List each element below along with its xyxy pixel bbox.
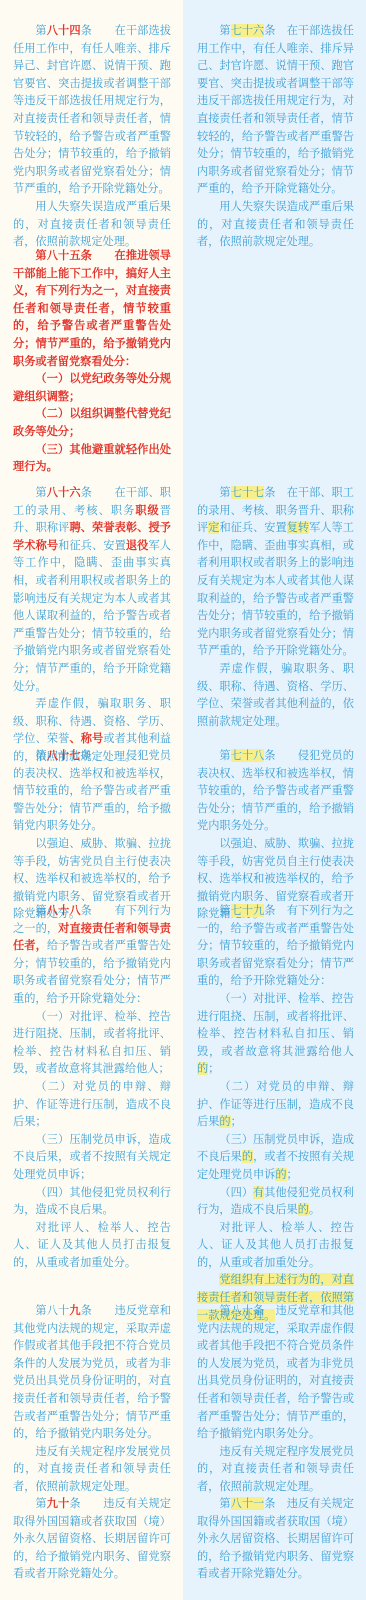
text-segment: 第 — [219, 904, 230, 917]
text-segment: （二）对党员的申辩、辩护、作证等进行压制，造成不良后果； — [13, 1080, 171, 1128]
text-segment: （四）其他侵犯党员权利行为，造成不良后果。 — [13, 1186, 171, 1217]
text-segment: 弄虚作假，骗取职务、职级、职称、待遇、资格、学历、学位、荣誉或者其他利益的，依照… — [197, 662, 354, 728]
text-segment: 违反有关规定程序发展党员的，对直接责任者和领导责任者，依照前款规定处理。 — [13, 1445, 171, 1493]
text-segment: 第 — [35, 904, 46, 917]
article-paragraph: 违反有关规定程序发展党员的，对直接责任者和领导责任者，依照前款规定处理。 — [197, 1443, 354, 1496]
revised-text: （二）以组织调整代替党纪政务等处分； — [13, 407, 171, 438]
article-paragraph: 第八十一条 违反有关规定取得外国国籍或者获取国（境）外永久居留资格、长期居留许可… — [197, 1495, 354, 1583]
article-paragraph: （一）以党纪政务等处分规避组织调整； — [13, 370, 171, 405]
revised-text: （一）以党纪政务等处分规避组织调整； — [13, 372, 171, 403]
article-paragraph: 第七十七条 在干部、职工的录用、考核、职务晋升、职称评定和征兵、安置复转军人等工… — [197, 484, 354, 660]
text-segment: 对批评人、检举人、控告人、证人及其他人员打击报复的，从重或者加重处分。 — [197, 1221, 354, 1269]
text-segment: ； — [231, 1115, 242, 1128]
revised-text: 九十 — [47, 1497, 70, 1510]
text-segment: 第八十条 违反党章和其他党内法规的规定，采取弄虚作假或者其他手段把不符合党员条件… — [197, 1304, 354, 1440]
article-paragraph: 对批评人、检举人、控告人、证人及其他人员打击报复的，从重或者加重处分。 — [197, 1219, 354, 1272]
comparison-document: 第八十四条 在干部选拔任用工作中，有任人唯亲、排斥异己、封官许愿、说情干预、跑官… — [0, 0, 366, 1600]
highlighted-text: 的 — [275, 1168, 286, 1181]
article-block: 第八十五条 在推进领导干部能上能下工作中，搞好人主义，有下列行为之一，对直接责任… — [13, 247, 171, 476]
article-block: 第七十八条 侵犯党员的表决权、选举权和被选举权，情节较重的，给予警告或者严重警告… — [197, 747, 354, 923]
revised-text: 八十四 — [47, 24, 81, 37]
article-paragraph: 第八十七条 侵犯党员的表决权、选举权和被选举权，情节较重的，给予警告或者严重警告… — [13, 747, 171, 835]
highlighted-text: 七十七 — [231, 486, 265, 499]
revised-text: 八十七 — [47, 749, 81, 762]
article-paragraph: 第七十八条 侵犯党员的表决权、选举权和被选举权，情节较重的，给予警告或者严重警告… — [197, 747, 354, 835]
article-paragraph: 对批评人、检举人、控告人、证人及其他人员打击报复的，从重或者加重处分。 — [13, 1219, 171, 1272]
text-segment: 和征兵、安置 — [219, 521, 286, 534]
text-segment: 军人等工作中，隐瞒、歪曲事实真相，或者利用职权或者职务上的影响违反有关规定为本人… — [197, 521, 354, 657]
revised-text: 退役 — [126, 539, 149, 552]
text-segment: 条 违反党章和其他党内法规的规定，采取弄虚作假或者其他手段把不符合党员条件的人发… — [13, 1304, 171, 1440]
text-segment: 第 — [35, 24, 46, 37]
article-paragraph: （三）压制党员申诉，造成不良后果的，或者不按照有关规定处理党员申诉的； — [197, 1131, 354, 1184]
article-paragraph: 第七十六条 在干部选拔任用工作中，有任人唯亲、排斥异己、封官许愿、说情干预、跑官… — [197, 22, 354, 198]
revised-text: 八十八 — [47, 904, 81, 917]
article-block: 第八十四条 在干部选拔任用工作中，有任人唯亲、排斥异己、封官许愿、说情干预、跑官… — [13, 22, 171, 251]
revised-text: 职级 — [135, 504, 159, 517]
article-block: 第七十七条 在干部、职工的录用、考核、职务晋升、职称评定和征兵、安置复转军人等工… — [197, 484, 354, 730]
article-block: 第八十八条 有下列行为之一的，对直接责任者和领导责任者，给予警告或者严重警告处分… — [13, 902, 171, 1271]
article-block: 第八十一条 违反有关规定取得外国国籍或者获取国（境）外永久居留资格、长期居留许可… — [197, 1495, 354, 1583]
text-segment: 第 — [35, 1497, 46, 1510]
text-segment: 用人失察失误造成严重后果的，对直接责任者和领导责任者，依照前款规定处理。 — [197, 200, 354, 248]
article-paragraph: 用人失察失误造成严重后果的，对直接责任者和领导责任者，依照前款规定处理。 — [13, 198, 171, 251]
article-paragraph: 弄虚作假，骗取职务、职级、职称、待遇、资格、学历、学位、荣誉或者其他利益的，依照… — [197, 660, 354, 730]
article-paragraph: 第八十九条 违反党章和其他党内法规的规定，采取弄虚作假或者其他手段把不符合党员条… — [13, 1302, 171, 1443]
article-paragraph: 第八十八条 有下列行为之一的，对直接责任者和领导责任者，给予警告或者严重警告处分… — [13, 902, 171, 1008]
article-paragraph: 第八十条 违反党章和其他党内法规的规定，采取弄虚作假或者其他手段把不符合党员条件… — [197, 1302, 354, 1443]
article-paragraph: （二）以组织调整代替党纪政务等处分； — [13, 405, 171, 440]
article-paragraph: 第八十四条 在干部选拔任用工作中，有任人唯亲、排斥异己、封官许愿、说情干预、跑官… — [13, 22, 171, 198]
article-paragraph: （二）对党员的申辩、辩护、作证等进行压制，造成不良后果； — [13, 1078, 171, 1131]
article-block: 第七十九条 有下列行为之一的，给予警告或者严重警告处分；情节较重的，给予撤销党内… — [197, 902, 354, 1324]
article-paragraph: （一）对批评、检举、控告进行阻挠、压制，或者将批评、检举、控告材料私自扣压、销毁… — [13, 1008, 171, 1078]
highlighted-text: 七十八 — [231, 749, 265, 762]
revised-text: 第八十五条 在推进领导干部能上能下工作中，搞好人主义，有下列行为之一，对直接责任… — [13, 249, 171, 368]
article-block: 第七十六条 在干部选拔任用工作中，有任人唯亲、排斥异己、封官许愿、说情干预、跑官… — [197, 22, 354, 251]
article-paragraph: 第八十六条 在干部、职工的录用、考核、职务职级晋升、职称评聘、荣誉表彰、授予学术… — [13, 484, 171, 695]
text-segment: 第 — [219, 749, 230, 762]
article-block: 第八十条 违反党章和其他党内法规的规定，采取弄虚作假或者其他手段把不符合党员条件… — [197, 1302, 354, 1496]
article-paragraph: 第七十九条 有下列行为之一的，给予警告或者严重警告处分；情节较重的，给予撤销党内… — [197, 902, 354, 990]
text-segment: ； — [208, 1062, 219, 1075]
article-paragraph: （三）压制党员申诉，造成不良后果，或者不按照有关规定处理党员申诉； — [13, 1131, 171, 1184]
highlighted-text: 有 — [253, 1186, 264, 1199]
revised-text: （三）其他避重就轻作出处理行为。 — [13, 443, 171, 474]
article-paragraph: 第九十条 违反有关规定取得外国国籍或者获取国（境）外永久居留资格、长期居留许可的… — [13, 1495, 171, 1583]
article-paragraph: 违反有关规定程序发展党员的，对直接责任者和领导责任者，依照前款规定处理。 — [13, 1443, 171, 1496]
text-segment: （三）压制党员申诉，造成不良后果，或者不按照有关规定处理党员申诉； — [13, 1133, 171, 1181]
revised-text: 八十六 — [47, 486, 81, 499]
text-segment: 第八十 — [35, 1304, 69, 1317]
article-paragraph: 第八十五条 在推进领导干部能上能下工作中，搞好人主义，有下列行为之一，对直接责任… — [13, 247, 171, 370]
article-paragraph: （四）有其他侵犯党员权利行为，造成不良后果的。 — [197, 1184, 354, 1219]
text-segment: 。 — [309, 1203, 320, 1216]
text-segment: 条 在干部选拔任用工作中，有任人唯亲、排斥异己、封官许愿、说情干预、跑官要官、突… — [13, 24, 171, 195]
right-column-old-regulation: 第七十六条 在干部选拔任用工作中，有任人唯亲、排斥异己、封官许愿、说情干预、跑官… — [183, 0, 366, 1600]
highlighted-text: 的 — [219, 1115, 230, 1128]
highlighted-text: 八十一 — [231, 1497, 265, 1510]
left-column-new-regulation: 第八十四条 在干部选拔任用工作中，有任人唯亲、排斥异己、封官许愿、说情干预、跑官… — [0, 0, 183, 1600]
text-segment: 第 — [35, 486, 46, 499]
highlighted-text: 七十六 — [231, 24, 265, 37]
article-block: 第八十七条 侵犯党员的表决权、选举权和被选举权，情节较重的，给予警告或者严重警告… — [13, 747, 171, 923]
highlighted-text: 的 — [298, 1203, 309, 1216]
article-paragraph: （一）对批评、检举、控告进行阻挠、压制，或者将批评、检举、控告材料私自扣压、销毁… — [197, 990, 354, 1078]
highlighted-text: 复转 — [287, 521, 309, 534]
text-segment: 第 — [219, 1497, 230, 1510]
article-paragraph: （三）其他避重就轻作出处理行为。 — [13, 441, 171, 476]
text-segment: 第 — [35, 749, 46, 762]
revised-text: 九 — [69, 1304, 80, 1317]
highlighted-text: 的 — [242, 1150, 253, 1163]
revised-text: 、称号 — [69, 732, 103, 745]
text-segment: （一）对批评、检举、控告进行阻挠、压制，或者将批评、检举、控告材料私自扣压、销毁… — [13, 1010, 171, 1076]
highlighted-text: 的 — [197, 1062, 208, 1075]
article-block: 第八十六条 在干部、职工的录用、考核、职务职级晋升、职称评聘、荣誉表彰、授予学术… — [13, 484, 171, 766]
text-segment: （四） — [219, 1186, 253, 1199]
text-segment: （一）对批评、检举、控告进行阻挠、压制，或者将批评、检举、控告材料私自扣压、销毁… — [197, 992, 354, 1058]
article-paragraph: （四）其他侵犯党员权利行为，造成不良后果。 — [13, 1184, 171, 1219]
text-segment: 违反有关规定程序发展党员的，对直接责任者和领导责任者，依照前款规定处理。 — [197, 1445, 354, 1493]
highlighted-text: 定 — [208, 521, 219, 534]
highlighted-text: 七十九 — [231, 904, 265, 917]
text-segment: 用人失察失误造成严重后果的，对直接责任者和领导责任者，依照前款规定处理。 — [13, 200, 171, 248]
text-segment: ； — [287, 1168, 298, 1181]
text-segment: 条 在干部选拔任用工作中，有任人唯亲、排斥异己、封官许愿、说情干预、跑官要官、突… — [197, 24, 354, 195]
article-block: 第八十九条 违反党章和其他党内法规的规定，采取弄虚作假或者其他手段把不符合党员条… — [13, 1302, 171, 1496]
text-segment: 和征兵、安置 — [58, 539, 126, 552]
text-segment: 对批评人、检举人、控告人、证人及其他人员打击报复的，从重或者加重处分。 — [13, 1221, 171, 1269]
article-block: 第九十条 违反有关规定取得外国国籍或者获取国（境）外永久居留资格、长期居留许可的… — [13, 1495, 171, 1583]
article-paragraph: 用人失察失误造成严重后果的，对直接责任者和领导责任者，依照前款规定处理。 — [197, 198, 354, 251]
text-segment: 第 — [219, 24, 230, 37]
text-segment: 第 — [219, 486, 230, 499]
article-paragraph: （二）对党员的申辩、辩护、作证等进行压制，造成不良后果的； — [197, 1078, 354, 1131]
text-segment: 军人等工作中，隐瞒、歪曲事实真相，或者利用职权或者职务上的影响违反有关规定为本人… — [13, 539, 171, 693]
